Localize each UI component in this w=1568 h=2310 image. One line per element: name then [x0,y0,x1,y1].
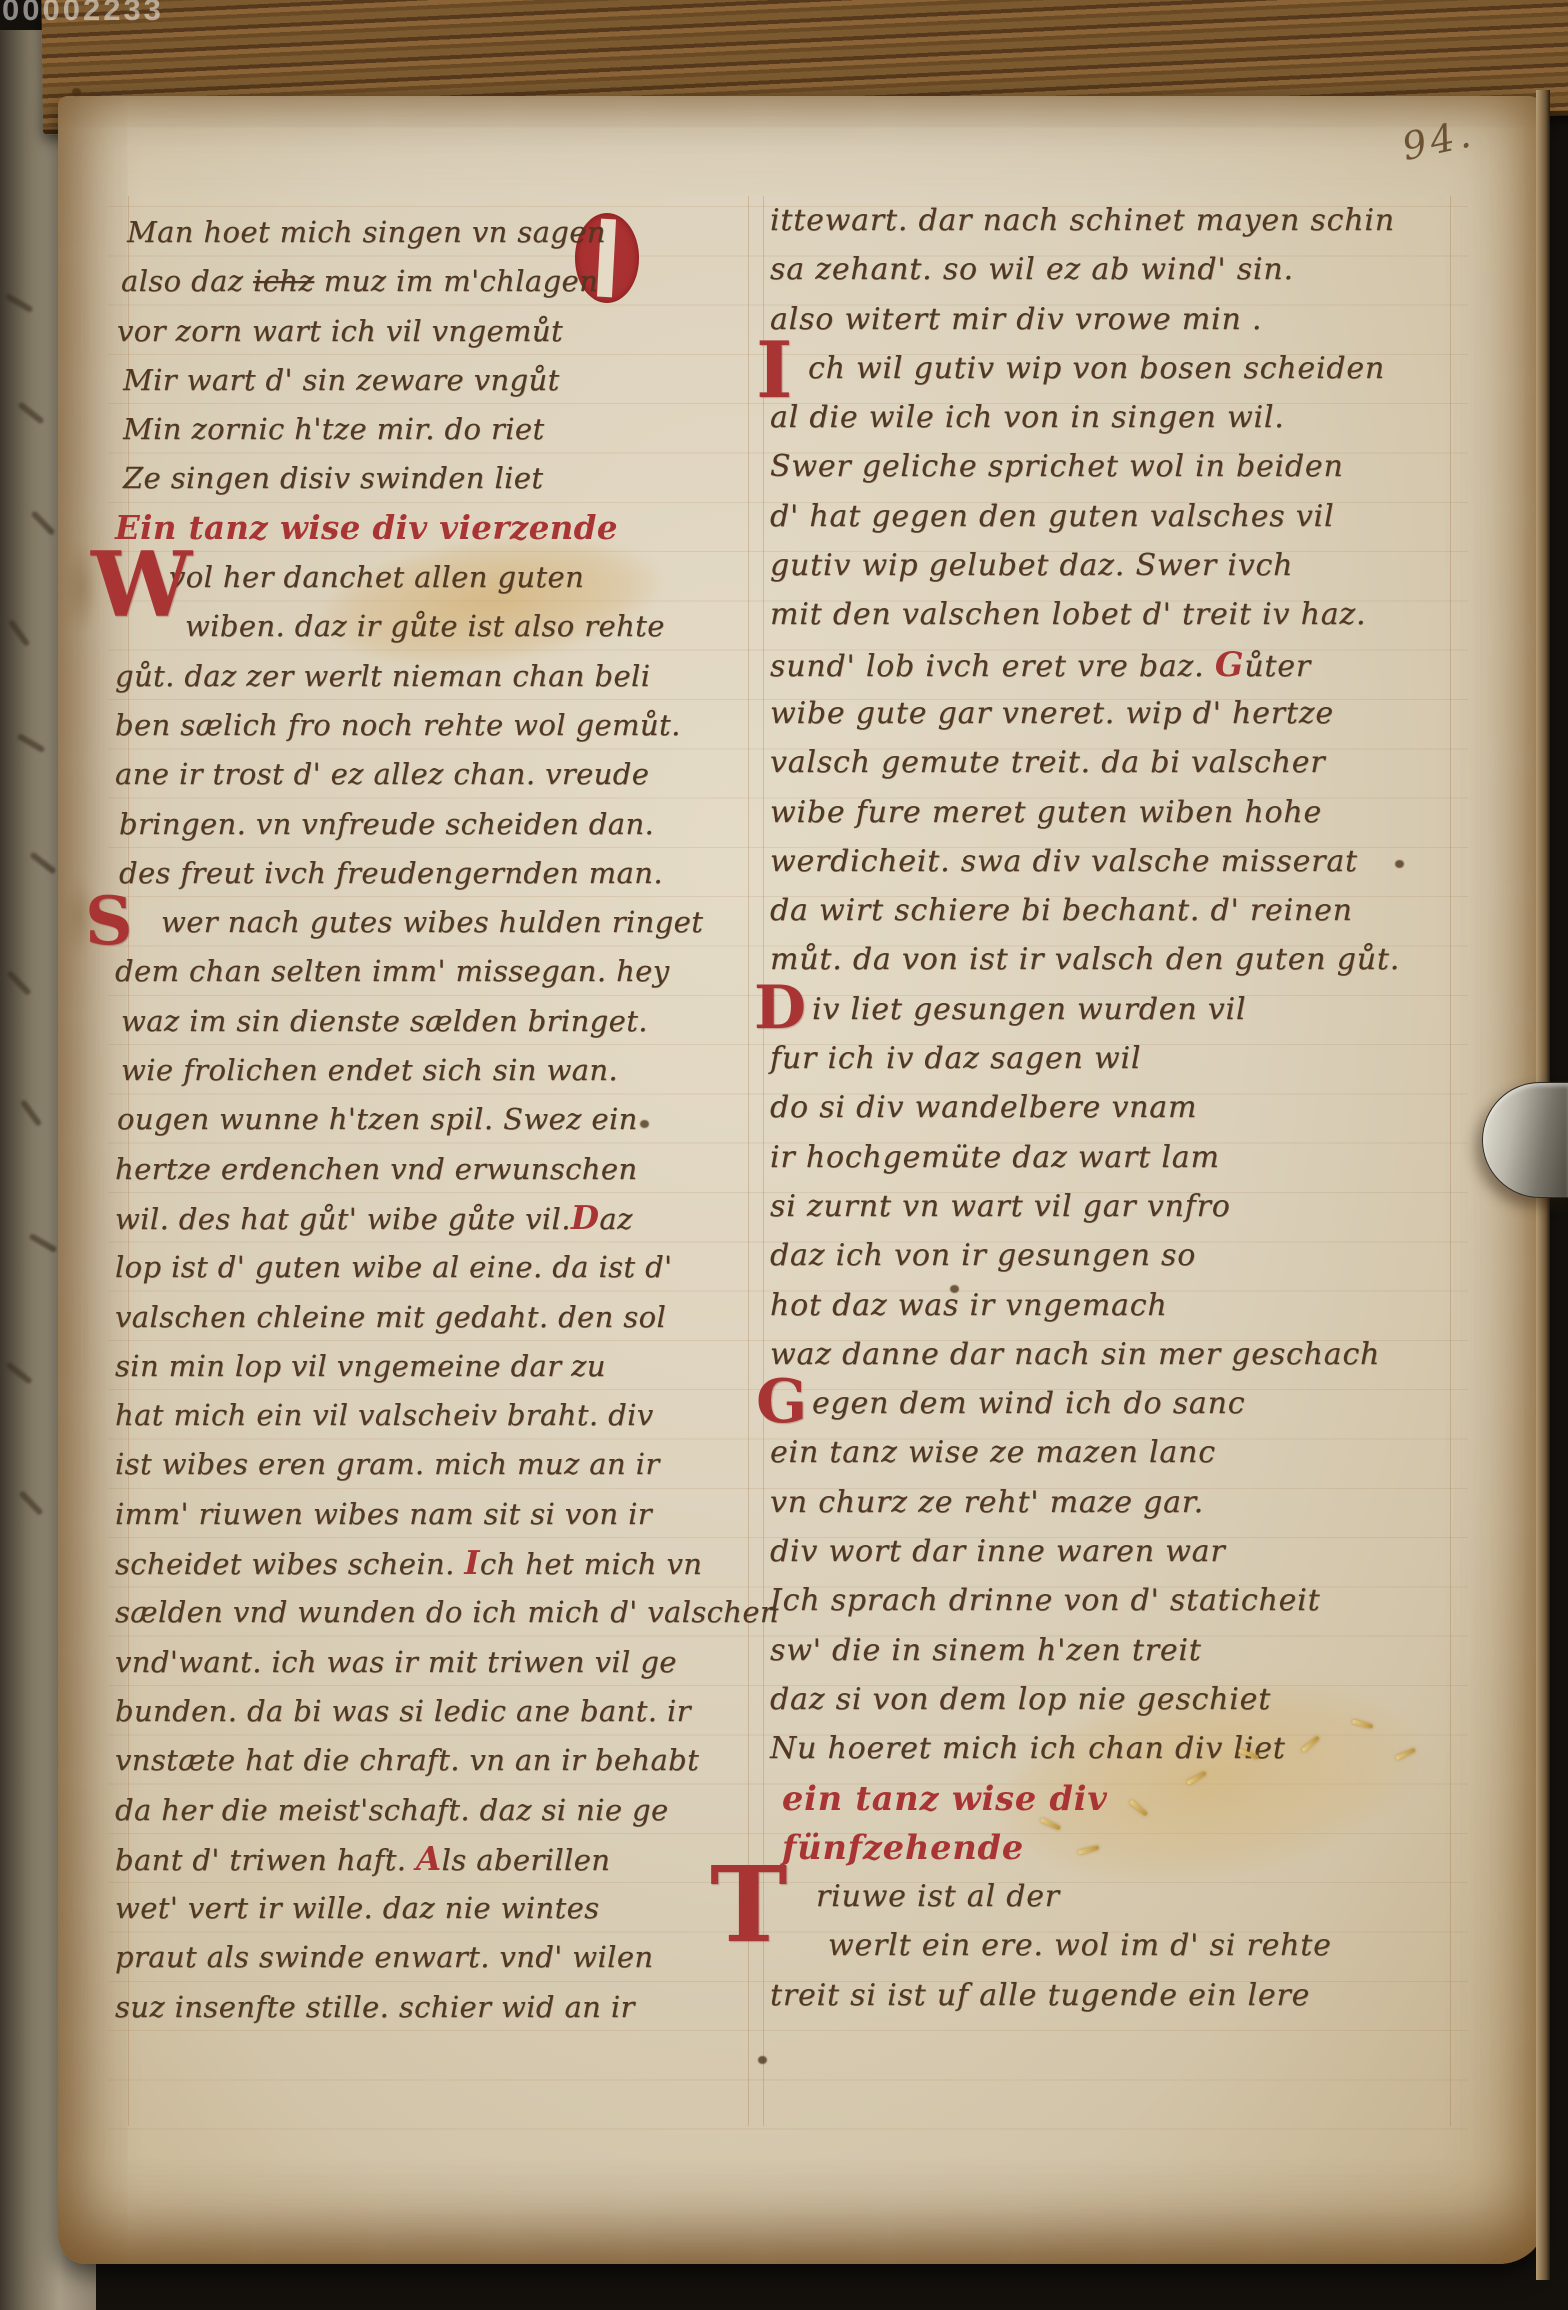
manuscript-line: bant d' triwen haft. Als aberillen [115,1835,763,1884]
manuscript-line: ben sælich fro noch rehte wol gemůt. [115,701,763,750]
manuscript-line: wer nach gutes wibes hulden ringet [115,898,763,947]
manuscript-line: sa zehant. so wil ez ab wind' sin. [770,245,1470,294]
manuscript-line: imm' riuwen wibes nam sit si von ir [115,1490,763,1539]
ink-speck [72,88,81,96]
manuscript-line: si zurnt vn wart vil gar vnfro [770,1182,1470,1231]
manuscript-line: daz si von dem lop nie geschiet [770,1675,1470,1724]
red-initial-i: I [756,336,793,406]
gutter-text-blur [18,1490,43,1516]
rubric-line: ein tanz wise div [770,1774,1470,1823]
manuscript-line: praut als swinde enwart. vnd' wilen [115,1933,763,1982]
manuscript-line: hertze erdenchen vnd erwunschen [115,1145,763,1194]
manuscript-line: gutiv wip gelubet daz. Swer ivch [770,541,1470,590]
manuscript-line: werlt ein ere. wol im d' si rehte [770,1921,1470,1970]
manuscript-line: Man hoet mich singen vn sagen [115,208,763,257]
gutter-text-blur [30,510,55,536]
manuscript-line: treit si ist uf alle tugende ein lere [770,1971,1470,2020]
manuscript-line: suz insenfte stille. schier wid an ir [115,1983,763,2032]
red-initial-d: D [754,981,806,1035]
manuscript-line: Swer geliche sprichet wol in beiden [770,442,1470,491]
manuscript-line: des freut ivch freudengernden man. [115,849,763,898]
manuscript-line: hat mich ein vil valscheiv braht. div [115,1391,763,1440]
gutter-text-blur [6,970,31,996]
manuscript-line: wie frolichen endet sich sin wan. [115,1046,763,1095]
manuscript-line: da wirt schiere bi bechant. d' reinen [770,886,1470,935]
manuscript-line: iv liet gesungen wurden vil [770,985,1470,1034]
manuscript-line: bunden. da bi was si ledic ane bant. ir [115,1687,763,1736]
manuscript-line: daz ich von ir gesungen so [770,1231,1470,1280]
manuscript-line: sin min lop vil vngemeine dar zu [115,1342,763,1391]
manuscript-line: egen dem wind ich do sanc [770,1379,1470,1428]
manuscript-line: ir hochgemüte daz wart lam [770,1133,1470,1182]
manuscript-line: valschen chleine mit gedaht. den sol [115,1293,763,1342]
manuscript-line: Ich sprach drinne von d' staticheit [770,1576,1470,1625]
column-rule-mid-2 [763,196,764,2126]
ink-speck [950,1285,959,1293]
rubric-line: fünfzehende [770,1823,1470,1872]
manuscript-line: bringen. vn vnfreude scheiden dan. [115,800,763,849]
manuscript-line: ch wil gutiv wip von bosen scheiden [770,344,1470,393]
manuscript-photo: 94. Man hoet mich singen vn sagenalso da… [0,0,1568,2310]
manuscript-line: sælden vnd wunden do ich mich d' valsche… [115,1588,763,1637]
manuscript-line: Nu hoeret mich ich chan div liet [770,1724,1470,1773]
manuscript-line: můt. da von ist ir valsch den guten gůt. [770,935,1470,984]
manuscript-line: div wort dar inne waren war [770,1527,1470,1576]
manuscript-line: Min zornic h'tze mir. do riet [115,405,763,454]
gutter-text-blur [17,401,44,424]
gutter-text-blur [17,733,46,753]
manuscript-line: waz im sin dienste sælden bringet. [115,997,763,1046]
manuscript-line: wil. des hat gůt' wibe gůte vil.Daz [115,1194,763,1243]
red-initial-s: S [85,892,133,951]
manuscript-line: werdicheit. swa div valsche misserat [770,837,1470,886]
manuscript-line: ane ir trost d' ez allez chan. vreude [115,750,763,799]
manuscript-line: scheidet wibes schein. Ich het mich vn [115,1539,763,1588]
manuscript-line: wibe fure meret guten wiben hohe [770,788,1470,837]
right-text-column: ittewart. dar nach schinet mayen schinsa… [770,196,1470,2020]
manuscript-line: vol her danchet allen guten [115,553,763,602]
manuscript-line: Ze singen disiv swinden liet [115,454,763,503]
manuscript-line: waz danne dar nach sin mer geschach [770,1330,1470,1379]
gutter-text-blur [8,619,30,647]
manuscript-line: vn churz ze reht' maze gar. [770,1478,1470,1527]
manuscript-line: hot daz was ir vngemach [770,1281,1470,1330]
manuscript-line: do si div wandelbere vnam [770,1083,1470,1132]
manuscript-line: gůt. daz zer werlt nieman chan beli [115,652,763,701]
red-initial-t: T [710,1858,787,1952]
manuscript-line: vnstæte hat die chraft. vn an ir behabt [115,1736,763,1785]
manuscript-line: sw' die in sinem h'zen treit [770,1626,1470,1675]
manuscript-line: also witert mir div vrowe min . [770,295,1470,344]
gutter-text-blur [29,851,56,874]
manuscript-line: ein tanz wise ze mazen lanc [770,1428,1470,1477]
manuscript-line: mit den valschen lobet d' treit iv haz. [770,590,1470,639]
rubric-line: Ein tanz wise div vierzende [115,504,763,553]
manuscript-line: da her die meist'schaft. daz si nie ge [115,1786,763,1835]
manuscript-line: sund' lob ivch eret vre baz. Gůter [770,640,1470,689]
parchment-page: 94. Man hoet mich singen vn sagenalso da… [58,96,1544,2264]
manuscript-line: vor zorn wart ich vil vngemůt [115,307,763,356]
manuscript-line: riuwe ist al der [770,1872,1470,1921]
manuscript-line: al die wile ich von in singen wil. [770,393,1470,442]
manuscript-line: also daz ichz muz im m'chlagen [115,257,763,306]
gutter-text-blur [5,293,34,313]
red-initial-g: G [756,1375,807,1429]
left-text-column: Man hoet mich singen vn sagenalso daz ic… [115,208,763,2032]
manuscript-line: ist wibes eren gram. mich muz an ir [115,1440,763,1489]
manuscript-line: wibe gute gar vneret. wip d' hertze [770,689,1470,738]
manuscript-line: dem chan selten imm' missegan. hey [115,947,763,996]
manuscript-line: wiben. daz ir gůte ist also rehte [115,602,763,651]
manuscript-line: wet' vert ir wille. daz nie wintes [115,1884,763,1933]
manuscript-line: Mir wart d' sin zeware vngůt [115,356,763,405]
gutter-text-blur [29,1233,58,1253]
manuscript-line: ougen wunne h'tzen spil. Swez ein [115,1095,763,1144]
manuscript-line: ittewart. dar nach schinet mayen schin [770,196,1470,245]
folio-number: 94. [1398,111,1478,169]
red-initial-w: W [91,545,192,626]
watermark-number: 00002233 [2,0,164,28]
ink-speck [1395,860,1404,868]
manuscript-line: vnd'want. ich was ir mit triwen vil ge [115,1638,763,1687]
gutter-text-blur [5,1361,32,1384]
ink-speck [758,2056,767,2064]
manuscript-line: valsch gemute treit. da bi valscher [770,738,1470,787]
manuscript-line: lop ist d' guten wibe al eine. da ist d' [115,1243,763,1292]
gutter-text-blur [20,1099,42,1127]
manuscript-line: d' hat gegen den guten valsches vil [770,492,1470,541]
ink-speck [640,1120,649,1128]
manuscript-line: fur ich iv daz sagen wil [770,1034,1470,1083]
